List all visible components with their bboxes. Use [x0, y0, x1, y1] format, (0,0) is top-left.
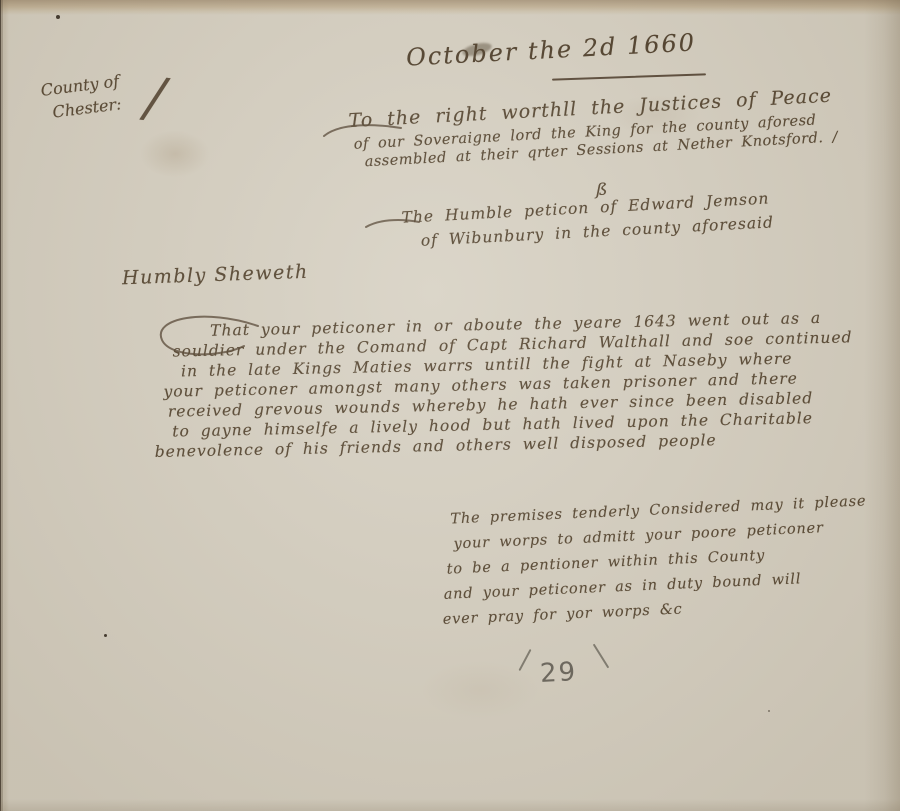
salutation: Humbly Sheweth — [122, 261, 309, 290]
address-block: To the right worthll the Justices of Pea… — [348, 84, 838, 170]
ink-speck — [768, 710, 770, 712]
petition-body: That your peticoner in or aboute the yea… — [150, 307, 873, 462]
page-left-edge — [0, 0, 9, 811]
petition-title: The Humble peticon of Edward Jemson of W… — [401, 186, 775, 253]
manuscript-page: October the 2d 1660 County of Chester: /… — [0, 0, 900, 811]
margin-slash-mark: / — [143, 65, 168, 130]
closing-prayer: The premises tenderly Considered may it … — [438, 489, 871, 633]
ink-speck — [56, 15, 60, 19]
ink-speck — [104, 634, 107, 637]
paper-stain — [140, 130, 210, 178]
page-number-pencil: 29 — [539, 657, 578, 689]
pencil-stroke — [518, 649, 531, 671]
paper-stain — [420, 660, 540, 720]
date-underline — [552, 73, 706, 80]
page-bottom-shade — [0, 799, 900, 811]
margin-county-note: County of Chester: — [39, 69, 123, 124]
page-top-edge — [0, 0, 900, 15]
date-heading: October the 2d 1660 — [405, 28, 696, 71]
pencil-stroke — [593, 644, 610, 669]
